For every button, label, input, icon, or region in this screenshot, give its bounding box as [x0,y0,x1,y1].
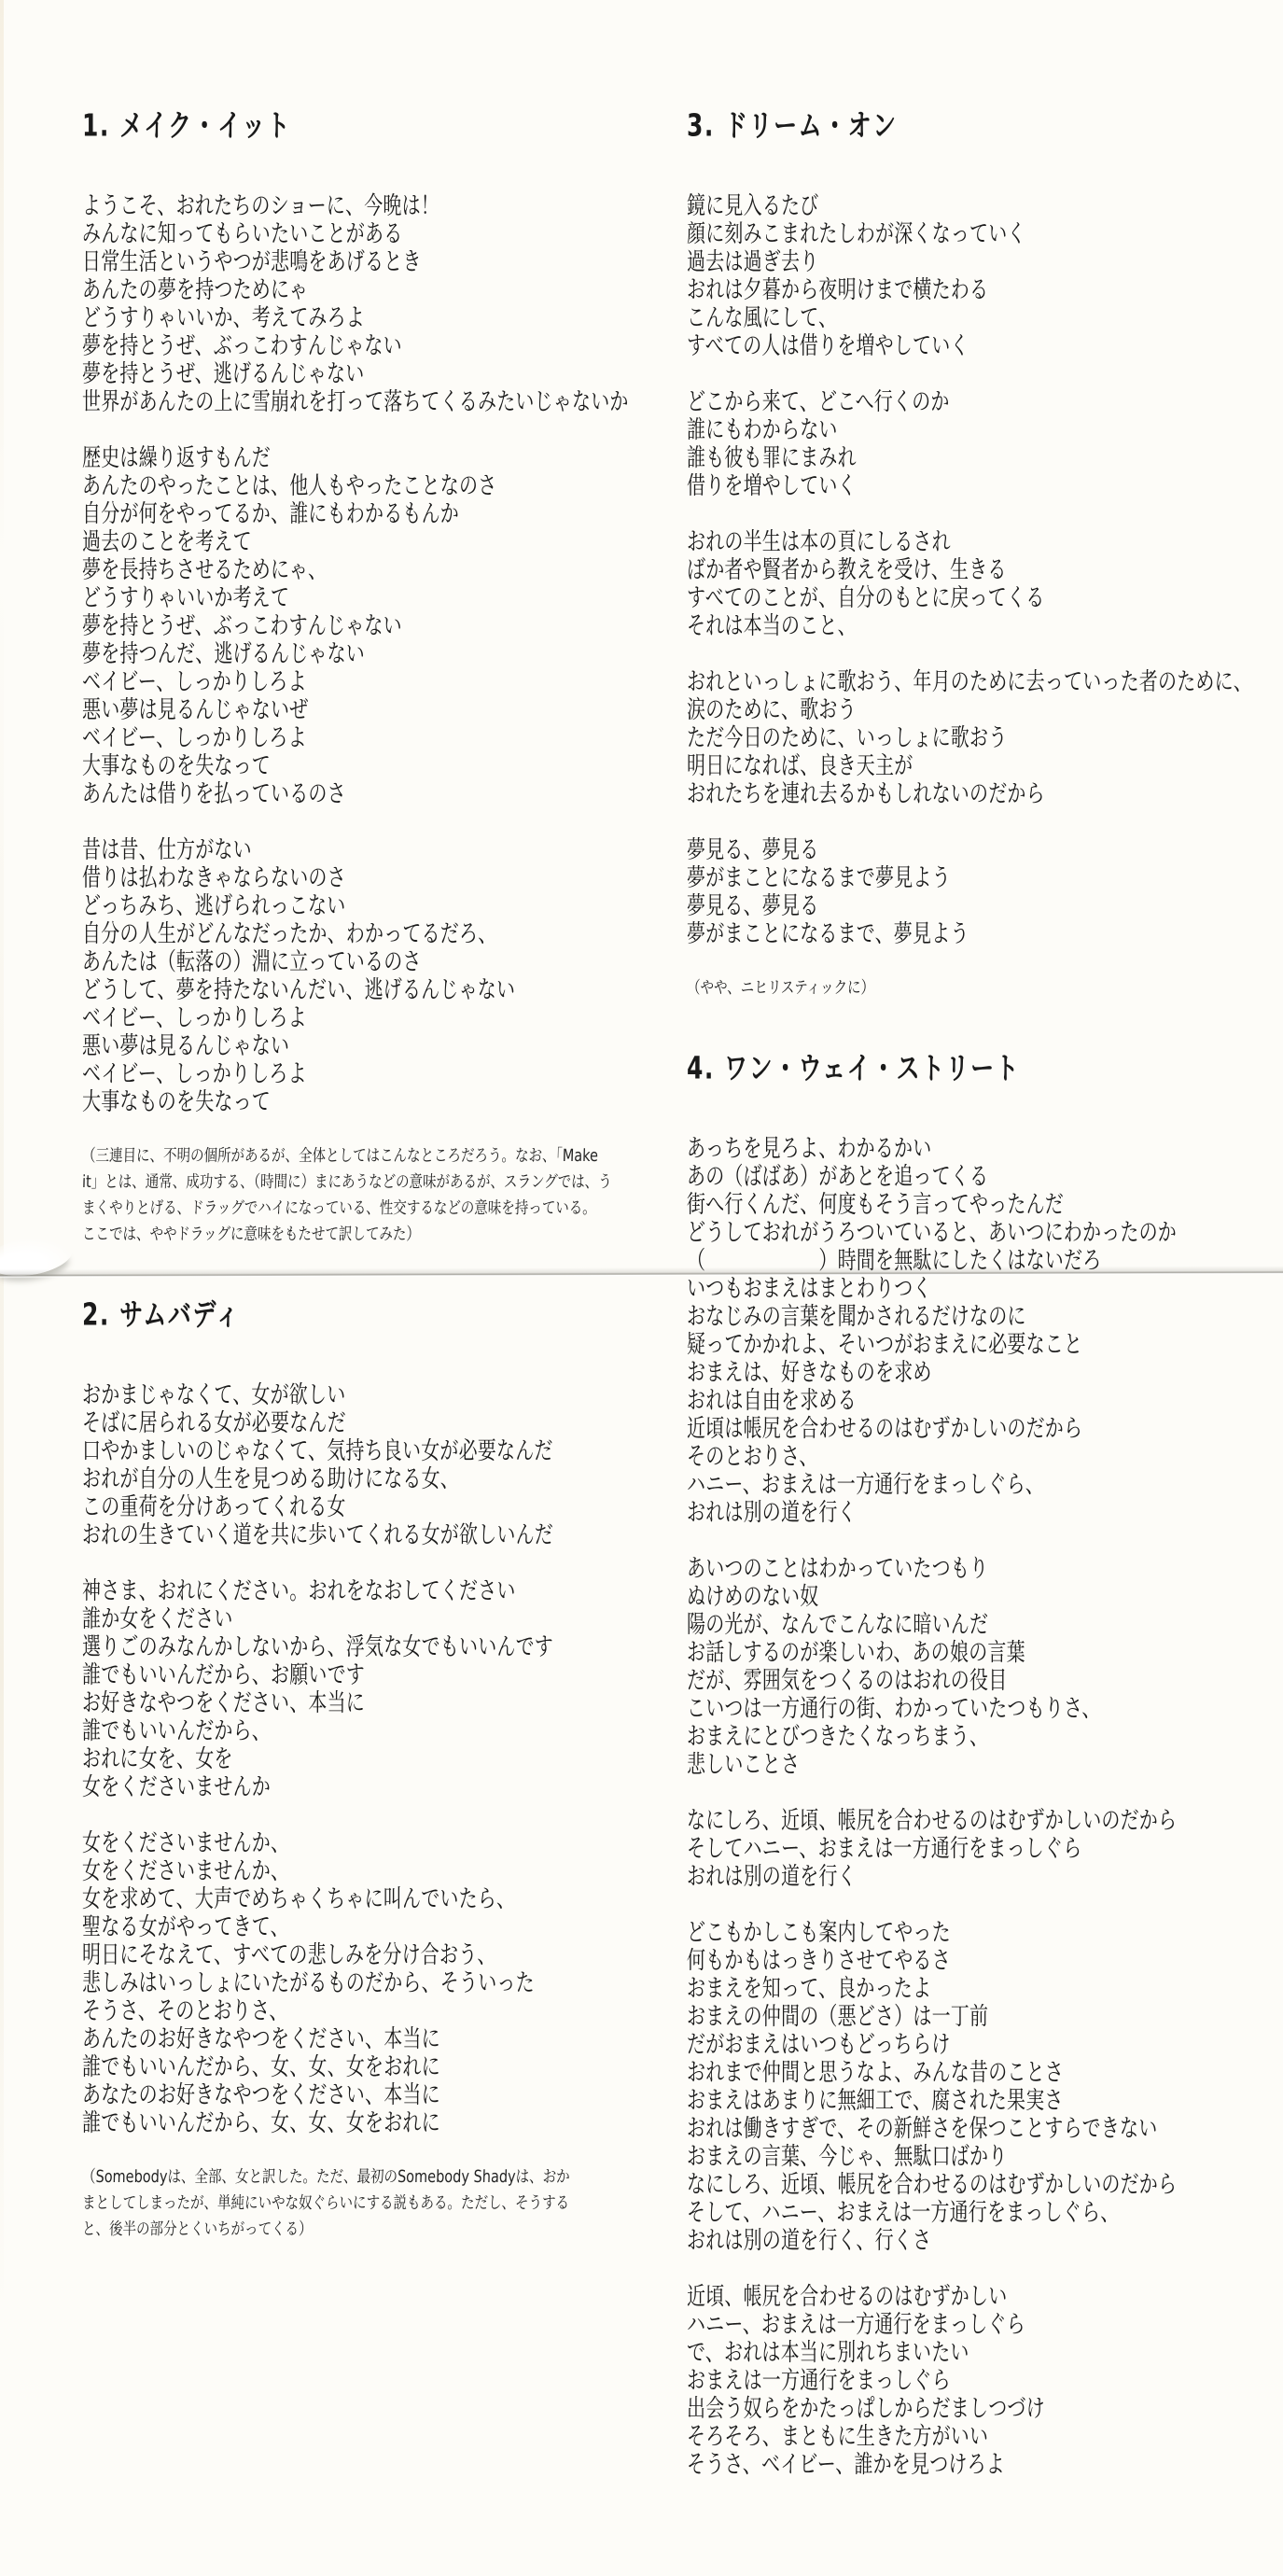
lyrics-column-right: 3. ドリーム・オン鏡に見入るたび顔に刻みこまれたしわが深くなっていく過去は過ぎ… [687,110,1280,2506]
lyric-line: 女をくださいませんか [82,1768,651,1805]
stanza: 神さま、おれにください。おれをなおしてください誰か女をください選りごのみなんかし… [82,1576,651,1800]
lyric-line: おれは別の道を行く [687,1493,1280,1531]
track-section: 3. ドリーム・オン鏡に見入るたび顔に刻みこまれたしわが深くなっていく過去は過ぎ… [687,110,1280,1001]
lyric-line: おれたちを連れ去るかもしれないのだから [687,775,1280,812]
lyric-line: 誰でもいいんだから、女、女、女をおれに [82,2104,651,2141]
lyric-line: 悲しいことさ [687,1745,1280,1783]
track-title: 1. メイク・イット [82,105,651,147]
note-line: （やや、ニヒリスティックに） [687,973,1281,1005]
stanza: 昔は昔、仕方がない借りは払わなきゃならないのさどっちみち、逃げられっこない自分の… [82,835,651,1115]
lyric-line: 世界があんたの上に雪崩れを打って落ちてくるみたいじゃないか [82,383,651,420]
lyric-line: そうさ、ベイビー、誰かを見つけろよ [687,2445,1280,2483]
note-line: ここでは、ややドラッグに意味をもたせて訳してみた） [82,1219,652,1252]
track-title: 3. ドリーム・オン [687,105,1280,147]
translator-note: （Somebodyは、全部、女と訳した。ただ、最初のSomebody Shady… [82,2164,651,2243]
lyric-line: 借りを増やしていく [687,467,1280,504]
lyric-line: おれは別の道を行く [687,1857,1280,1895]
lyrics-booklet-page: 1. メイク・イットようこそ、おれたちのショーに、今晩は！みんなに知ってもらいた… [0,0,1283,2576]
stanza: おれといっしょに歌おう、年月のために去っていった者のために、涙のために、歌おうた… [687,667,1280,807]
stanza: おれの半生は本の頁にしるさればか者や賢者から教えを受け、生きるすべてのことが、自… [687,527,1280,639]
stanza: 夢見る、夢見る夢がまことになるまで夢見よう夢見る、夢見る夢がまことになるまで、夢… [687,835,1280,947]
lyric-line: 大事なものを失なって [82,1083,651,1120]
stanza: あいつのことはわかっていたつもりぬけめのない奴陽の光が、なんでこんなに暗いんだお… [687,1554,1280,1778]
track-title: 2. サムバディ [82,1295,651,1336]
lyric-line: あんたは借りを払っているのさ [82,775,651,812]
note-line: と、後半の部分とくいちがってくる） [82,2214,652,2247]
stanza: 歴史は繰り返すもんだあんたのやったことは、他人もやったことなのさ自分が何をやって… [82,443,651,807]
lyric-line: おれの生きていく道を共に歩いてくれる女が欲しいんだ [82,1516,651,1553]
stanza: 女をくださいませんか、女をくださいませんか、女を求めて、大声でめちゃくちゃに叫ん… [82,1828,651,2136]
lyric-line: すべての人は借りを増やしていく [687,327,1280,364]
stanza: なにしろ、近頃、帳尻を合わせるのはむずかしいのだからそしてハニー、おまえは一方通… [687,1806,1280,1890]
lyric-line: 夢がまことになるまで、夢見よう [687,915,1280,952]
stanza: どこから来て、どこへ行くのか誰にもわからない誰も彼も罪にまみれ借りを増やしていく [687,387,1280,499]
stanza: ようこそ、おれたちのショーに、今晩は！みんなに知ってもらいたいことがある日常生活… [82,191,651,415]
stanza: どこもかしこも案内してやった何もかもはっきりさせてやるさおまえを知って、良かった… [687,1918,1280,2254]
stanza: 近頃、帳尻を合わせるのはむずかしいハニー、おまえは一方通行をまっしぐらで、おれは… [687,2282,1280,2478]
translator-note: （三連目に、不明の個所があるが、全体としてはこんなところだろう。なお、「Make… [82,1143,651,1248]
stanza: あっちを見ろよ、わかるかいあの（ばばあ）があとを追ってくる街へ行くんだ、何度もそ… [687,1134,1280,1526]
page-edge-shadow [0,0,4,2576]
lyric-line: おれは別の道を行く、行くさ [687,2221,1280,2259]
lyric-line: それは本当のこと、 [687,607,1280,644]
track-section: 1. メイク・イットようこそ、おれたちのショーに、今晩は！みんなに知ってもらいた… [82,110,651,1248]
translator-note: （やや、ニヒリスティックに） [687,975,1280,1001]
lyrics-column-left: 1. メイク・イットようこそ、おれたちのショーに、今晩は！みんなに知ってもらいた… [82,110,651,2243]
track-section: 2. サムバディおかまじゃなくて、女が欲しいそばに居られる女が必要なんだ口やかま… [82,1299,651,2243]
stanza: 鏡に見入るたび顔に刻みこまれたしわが深くなっていく過去は過ぎ去りおれは夕暮から夜… [687,191,1280,359]
track-title: 4. ワン・ウェイ・ストリート [687,1048,1280,1089]
stanza: おかまじゃなくて、女が欲しいそばに居られる女が必要なんだ口やかましいのじゃなくて… [82,1380,651,1548]
